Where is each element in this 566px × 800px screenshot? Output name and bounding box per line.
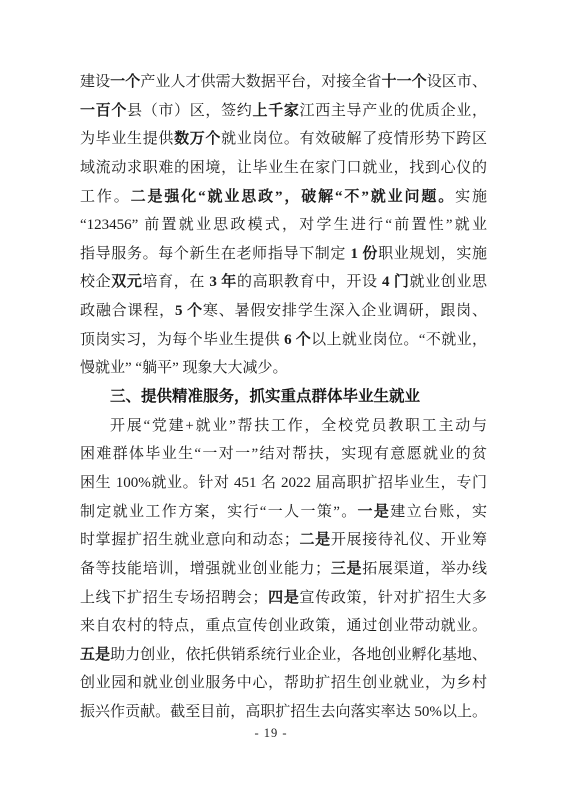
text-run: 振兴作贡献。截至目前，高职扩招生去向落实率达 50%以上。 bbox=[80, 704, 487, 720]
text-run: 就业创业思 bbox=[409, 274, 487, 290]
body-line-16: 制定就业工作方案，实行“一人一策”。一是建立台账，实 bbox=[80, 498, 487, 527]
body-line-9: 政融合课程，5 个寒、暑假安排学生深入企业调研，跟岗、 bbox=[80, 297, 487, 326]
bold-text-run: 一百个 bbox=[80, 103, 127, 119]
text-run: 宣传政策，针对扩招生大多 bbox=[300, 590, 487, 606]
text-run: 实施 bbox=[455, 189, 487, 205]
text-run: 困生 100%就业。针对 451 名 2022 届高职扩招毕业生，专门 bbox=[80, 475, 487, 491]
text-run: 为毕业生提供 bbox=[80, 131, 174, 147]
text-run: 助力创业，依托供销系统行业企业，各地创业孵化基地、 bbox=[110, 647, 487, 663]
bold-text-run: 二是 bbox=[299, 532, 331, 548]
text-run: 县（市）区，签约 bbox=[127, 103, 252, 119]
text-run: 以上就业岗位。“不就业， bbox=[311, 332, 487, 348]
text-run: 的高职教育中，开设 bbox=[237, 274, 382, 290]
page-number: - 19 - bbox=[0, 726, 542, 741]
body-line-2: 一百个县（市）区，签约上千家江西主导产业的优质企业， bbox=[80, 97, 487, 126]
text-run: 寒、暑假安排学生深入企业调研，跟岗、 bbox=[203, 303, 487, 319]
text-run: 建设 bbox=[80, 74, 110, 90]
text-run: 备等技能培训，增强就业创业能力； bbox=[80, 561, 330, 577]
bold-text-run: 四是 bbox=[267, 590, 299, 606]
body-line-5: 工作。二是强化“就业思政”，破解“不”就业问题。实施 bbox=[80, 183, 487, 212]
text-run: 顶岗实习，为每个毕业生提供 bbox=[80, 332, 284, 348]
body-line-17: 时掌握扩招生就业意向和动态；二是开展接待礼仪、开业筹 bbox=[80, 526, 487, 555]
bold-text-run: 五是 bbox=[80, 647, 110, 663]
text-run: “123456” 前置就业思政模式，对学生进行“前置性”就业 bbox=[80, 217, 487, 233]
bold-text-run: 一是 bbox=[358, 504, 391, 520]
bold-text-run: 6 个 bbox=[284, 332, 311, 348]
text-run: 时掌握扩招生就业意向和动态； bbox=[80, 532, 299, 548]
body-line-14: 困难群体毕业生“一对一”结对帮扶，实现有意愿就业的贫 bbox=[80, 440, 487, 469]
text-run: 来自农村的特点，重点宣传创业政策，通过创业带动就业。 bbox=[80, 618, 487, 634]
text-run: 政融合课程， bbox=[80, 303, 175, 319]
text-run: 产业人才供需大数据平台，对接全省 bbox=[140, 74, 381, 90]
bold-text-run: 一个 bbox=[110, 74, 140, 90]
text-run: 培育，在 bbox=[143, 274, 210, 290]
bold-text-run: 3 年 bbox=[209, 274, 237, 290]
body-line-8: 校企双元培育，在 3 年的高职教育中，开设 4 门就业创业思 bbox=[80, 268, 487, 297]
body-line-4: 域流动求职难的困境，让毕业生在家门口就业，找到心仪的 bbox=[80, 154, 487, 183]
text-run: 制定就业工作方案，实行“一人一策”。 bbox=[80, 504, 358, 520]
text-run: 设区市、 bbox=[427, 74, 487, 90]
body-line-11: 慢就业” “躺平” 现象大大减少。 bbox=[80, 354, 487, 383]
text-run: 上线下扩招生专场招聘会； bbox=[80, 590, 267, 606]
text-run: 域流动求职难的困境，让毕业生在家门口就业，找到心仪的 bbox=[80, 160, 487, 176]
text-run: 江西主导产业的优质企业， bbox=[300, 103, 487, 119]
text-run: 指导服务。每个新生在老师指导下制定 bbox=[80, 246, 351, 262]
body-line-13: 开展“党建+就业”帮扶工作，全校党员教职工主动与 bbox=[80, 412, 487, 441]
body-line-15: 困生 100%就业。针对 451 名 2022 届高职扩招毕业生，专门 bbox=[80, 469, 487, 498]
bold-text-run: 上千家 bbox=[252, 103, 299, 119]
body-line-3: 为毕业生提供数万个就业岗位。有效破解了疫情形势下跨区 bbox=[80, 125, 487, 154]
bold-text-run: 十一个 bbox=[382, 74, 427, 90]
body-line-19: 上线下扩招生专场招聘会；四是宣传政策，针对扩招生大多 bbox=[80, 584, 487, 613]
bold-text-run: 1 份 bbox=[351, 246, 379, 262]
text-run: 开展“党建+就业”帮扶工作，全校党员教职工主动与 bbox=[110, 418, 487, 434]
body-line-7: 指导服务。每个新生在老师指导下制定 1 份职业规划，实施 bbox=[80, 240, 487, 269]
bold-text-run: 二是强化“就业思政”，破解“不”就业问题。 bbox=[131, 189, 455, 205]
text-run: 拓展渠道，举办线 bbox=[362, 561, 487, 577]
text-run: 工作。 bbox=[80, 189, 131, 205]
body-line-1: 建设一个产业人才供需大数据平台，对接全省十一个设区市、 bbox=[80, 68, 487, 97]
body-line-6: “123456” 前置就业思政模式，对学生进行“前置性”就业 bbox=[80, 211, 487, 240]
body-line-18: 备等技能培训，增强就业创业能力；三是拓展渠道，举办线 bbox=[80, 555, 487, 584]
text-run: 建立台账，实 bbox=[390, 504, 487, 520]
text-run: 困难群体毕业生“一对一”结对帮扶，实现有意愿就业的贫 bbox=[80, 446, 487, 462]
text-run: 创业园和就业创业服务中心，帮助扩招生创业就业，为乡村 bbox=[80, 675, 487, 691]
body-line-23: 振兴作贡献。截至目前，高职扩招生去向落实率达 50%以上。 bbox=[80, 698, 487, 727]
bold-text-run: 5 个 bbox=[175, 303, 203, 319]
body-line-22: 创业园和就业创业服务中心，帮助扩招生创业就业，为乡村 bbox=[80, 669, 487, 698]
bold-text-run: 三是 bbox=[330, 561, 362, 577]
bold-text-run: 4 门 bbox=[382, 274, 410, 290]
body-line-20: 来自农村的特点，重点宣传创业政策，通过创业带动就业。 bbox=[80, 612, 487, 641]
bold-text-run: 三、提供精准服务，抓实重点群体毕业生就业 bbox=[110, 388, 420, 405]
text-block: 建设一个产业人才供需大数据平台，对接全省十一个设区市、一百个县（市）区，签约上千… bbox=[80, 68, 487, 727]
text-run: 校企 bbox=[80, 274, 111, 290]
bold-text-run: 数万个 bbox=[174, 131, 221, 147]
text-run: 开展接待礼仪、开业筹 bbox=[331, 532, 487, 548]
body-line-10: 顶岗实习，为每个毕业生提供 6 个以上就业岗位。“不就业， bbox=[80, 326, 487, 355]
body-line-21: 五是助力创业，依托供销系统行业企业，各地创业孵化基地、 bbox=[80, 641, 487, 670]
section-heading: 三、提供精准服务，抓实重点群体毕业生就业 bbox=[80, 383, 487, 412]
document-page: 建设一个产业人才供需大数据平台，对接全省十一个设区市、一百个县（市）区，签约上千… bbox=[0, 0, 566, 800]
text-run: 就业岗位。有效破解了疫情形势下跨区 bbox=[221, 131, 487, 147]
text-run: 职业规划，实施 bbox=[378, 246, 487, 262]
bold-text-run: 双元 bbox=[111, 274, 142, 290]
text-run: 慢就业” “躺平” 现象大大减少。 bbox=[80, 360, 287, 376]
